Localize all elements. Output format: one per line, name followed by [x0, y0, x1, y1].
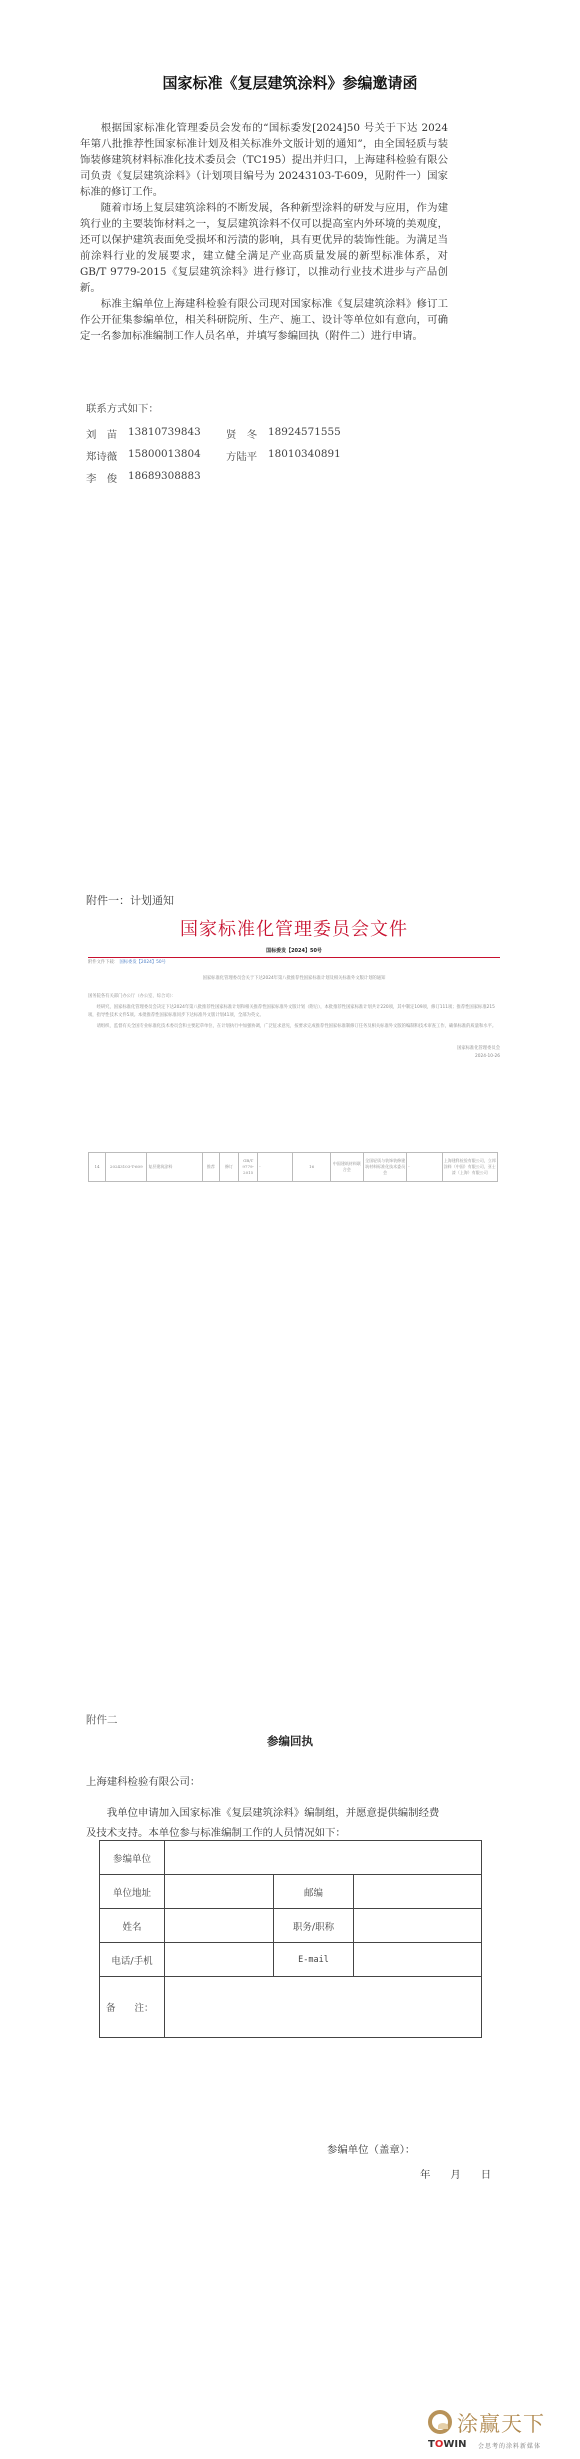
notice-paragraph: 经研究，国家标准化管理委员会决定下达2024年第八批推荐性国家标准计划和相关推荐… — [88, 1004, 500, 1020]
paragraph-1: 根据国家标准化管理委员会发布的“国标委发[2024]50 号关于下达 2024 … — [80, 120, 448, 200]
address-field[interactable] — [165, 1875, 274, 1909]
contact-name: 李 俊 — [86, 470, 128, 485]
download-link[interactable]: 国标委发【2024】50号 — [119, 960, 165, 965]
email-input[interactable] — [354, 1942, 485, 1977]
receipt-paragraph: 我单位申请加入国家标准《复层建筑涂料》编制组，并愿意提供编制经费及技术支持。本单… — [86, 1803, 446, 1843]
plan-cell: 修订 — [219, 1153, 238, 1182]
postcode-label: 邮编 — [274, 1875, 354, 1909]
address-label: 单位地址 — [100, 1875, 165, 1909]
phone-field[interactable] — [165, 1943, 274, 1977]
notice-paragraph: 请组织、监督有关全国专业标准化技术委员会和主要起草单位，在计划执行中加强协调，广… — [88, 1023, 500, 1031]
contact-phone: 15800013804 — [128, 448, 201, 463]
phone-label: 电话/手机 — [100, 1943, 165, 1977]
plan-table: 14 20243103-T-609 复层建筑涂料 推荐 修订 GB/T 9779… — [88, 1152, 498, 1182]
logo-letter: T — [428, 2439, 435, 2450]
note-field[interactable] — [165, 1977, 482, 2038]
logo-letter: WIN — [443, 2439, 466, 2450]
notice-header: 国家标准化管理委员会文件 — [88, 915, 500, 941]
attachment2-label: 附件二 — [86, 1712, 118, 1727]
contact-row: 刘 苗13810739843 贤 冬18924571555 — [86, 422, 366, 444]
postcode-field[interactable] — [354, 1875, 482, 1909]
unit-input[interactable] — [165, 1840, 485, 1875]
invitation-body: 根据国家标准化管理委员会发布的“国标委发[2024]50 号关于下达 2024 … — [80, 120, 448, 344]
table-row: 14 20243103-T-609 复层建筑涂料 推荐 修订 GB/T 9779… — [89, 1153, 498, 1182]
plan-cell: 复层建筑涂料 — [147, 1153, 202, 1182]
notice-subject: 国家标准化管理委员会关于下达2024年第八批推荐性国家标准计划及相关标准外文版计… — [88, 975, 500, 983]
towin-watermark-logo: 涂赢天下 TOWIN 会思考的涂料新媒体 — [427, 2408, 577, 2456]
notice-body: 经研究，国家标准化管理委员会决定下达2024年第八批推荐性国家标准计划和相关推荐… — [88, 1004, 500, 1031]
unit-field[interactable] — [165, 1841, 482, 1875]
name-label: 姓名 — [100, 1909, 165, 1943]
document-title: 国家标准《复层建筑涂料》参编邀请函 — [0, 72, 580, 93]
logo-brand-cn: 涂赢天下 — [457, 2408, 545, 2438]
contact-phone: 18689308883 — [128, 470, 201, 485]
date-year: 年 — [420, 2166, 430, 2181]
name-field[interactable] — [165, 1909, 274, 1943]
receipt-addressee: 上海建科检验有限公司： — [86, 1773, 200, 1788]
form-row: 姓名 职务/职称 — [100, 1909, 482, 1943]
contact-phone: 13810739843 — [128, 426, 201, 441]
date-line: 年 月 日 — [420, 2166, 491, 2181]
title-input[interactable] — [354, 1908, 485, 1943]
notice-date: 2024-10-26 — [88, 1053, 500, 1061]
email-field[interactable] — [354, 1943, 482, 1977]
plan-cell: 中国建筑材料联合会 — [330, 1153, 363, 1182]
stamp-label: 参编单位（盖章）： — [327, 2141, 415, 2156]
contact-name: 郑诗薇 — [86, 448, 128, 463]
paragraph-3: 标准主编单位上海建科检验有限公司现对国家标准《复层建筑涂料》修订工作公开征集参编… — [80, 296, 448, 344]
logo-circle-icon — [428, 2410, 452, 2434]
plan-cell: 全国轻质与装饰装修建筑材料标准化技术委员会 — [363, 1153, 406, 1182]
plan-cell: - — [258, 1153, 293, 1182]
contact-name: 贤 冬 — [226, 426, 268, 441]
download-line: 附件文件下载： 国标委发【2024】50号 — [88, 959, 500, 967]
note-input[interactable] — [171, 1974, 485, 2038]
plan-notice-image: 国家标准化管理委员会文件 国标委发【2024】50号 附件文件下载： 国标委发【… — [88, 915, 500, 1061]
logo-brand-en: TOWIN — [428, 2439, 466, 2450]
logo-slogan: 会思考的涂料新媒体 — [478, 2441, 541, 2450]
title-label: 职务/职称 — [274, 1909, 354, 1943]
date-day: 日 — [481, 2166, 491, 2181]
plan-cell: 14 — [89, 1153, 106, 1182]
red-divider — [88, 957, 500, 958]
contacts-block: 联系方式如下： 刘 苗13810739843 贤 冬18924571555 郑诗… — [86, 400, 366, 488]
name-input[interactable] — [165, 1908, 277, 1943]
contact-row: 郑诗薇15800013804 方陆平18010340891 — [86, 444, 366, 466]
download-label: 附件文件下载： — [88, 960, 118, 965]
form-row: 电话/手机 E-mail — [100, 1943, 482, 1977]
title-field[interactable] — [354, 1909, 482, 1943]
paragraph-2: 随着市场上复层建筑涂料的不断发展，各种新型涂料的研发与应用，作为建筑行业的主要装… — [80, 200, 448, 296]
plan-cell: 20243103-T-609 — [106, 1153, 147, 1182]
form-row: 单位地址 邮编 — [100, 1875, 482, 1909]
contact-phone: 18924571555 — [268, 426, 341, 441]
form-row: 参编单位 — [100, 1841, 482, 1875]
attachment1-label: 附件一：计划通知 — [86, 892, 174, 908]
plan-cell: 16 — [293, 1153, 330, 1182]
date-month: 月 — [450, 2166, 460, 2181]
postcode-input[interactable] — [354, 1874, 485, 1909]
plan-cell: GB/T 9779-2015 — [239, 1153, 258, 1182]
plan-cell: 推荐 — [202, 1153, 219, 1182]
plan-cell: 上海建科检验有限公司，立邦涂料（中国）有限公司，亚士漆（上海）有限公司 — [442, 1153, 497, 1182]
notice-doc-number: 国标委发【2024】50号 — [88, 947, 500, 954]
note-label: 备 注： — [100, 1977, 165, 2038]
contact-phone: 18010340891 — [268, 448, 341, 463]
phone-input[interactable] — [165, 1942, 277, 1977]
plan-cell: - — [407, 1153, 442, 1182]
form-row: 备 注： — [100, 1977, 482, 2038]
notice-addressee: 国务院各有关部门办公厅（办公室、综合司）： — [88, 993, 500, 1001]
receipt-title: 参编回执 — [0, 1733, 580, 1749]
notice-signer: 国家标准化管理委员会 — [88, 1045, 500, 1053]
contacts-heading: 联系方式如下： — [86, 400, 366, 415]
contact-name: 刘 苗 — [86, 426, 128, 441]
email-label: E-mail — [274, 1943, 354, 1977]
contact-row: 李 俊18689308883 — [86, 466, 366, 488]
address-input[interactable] — [165, 1874, 277, 1909]
receipt-form: 参编单位 单位地址 邮编 姓名 职务/职称 电话/手机 E-mail 备 注： — [99, 1840, 482, 2038]
receipt-text: 我单位申请加入国家标准《复层建筑涂料》编制组，并愿意提供编制经费及技术支持。本单… — [86, 1803, 446, 1843]
unit-label: 参编单位 — [100, 1841, 165, 1875]
contact-name: 方陆平 — [226, 448, 268, 463]
